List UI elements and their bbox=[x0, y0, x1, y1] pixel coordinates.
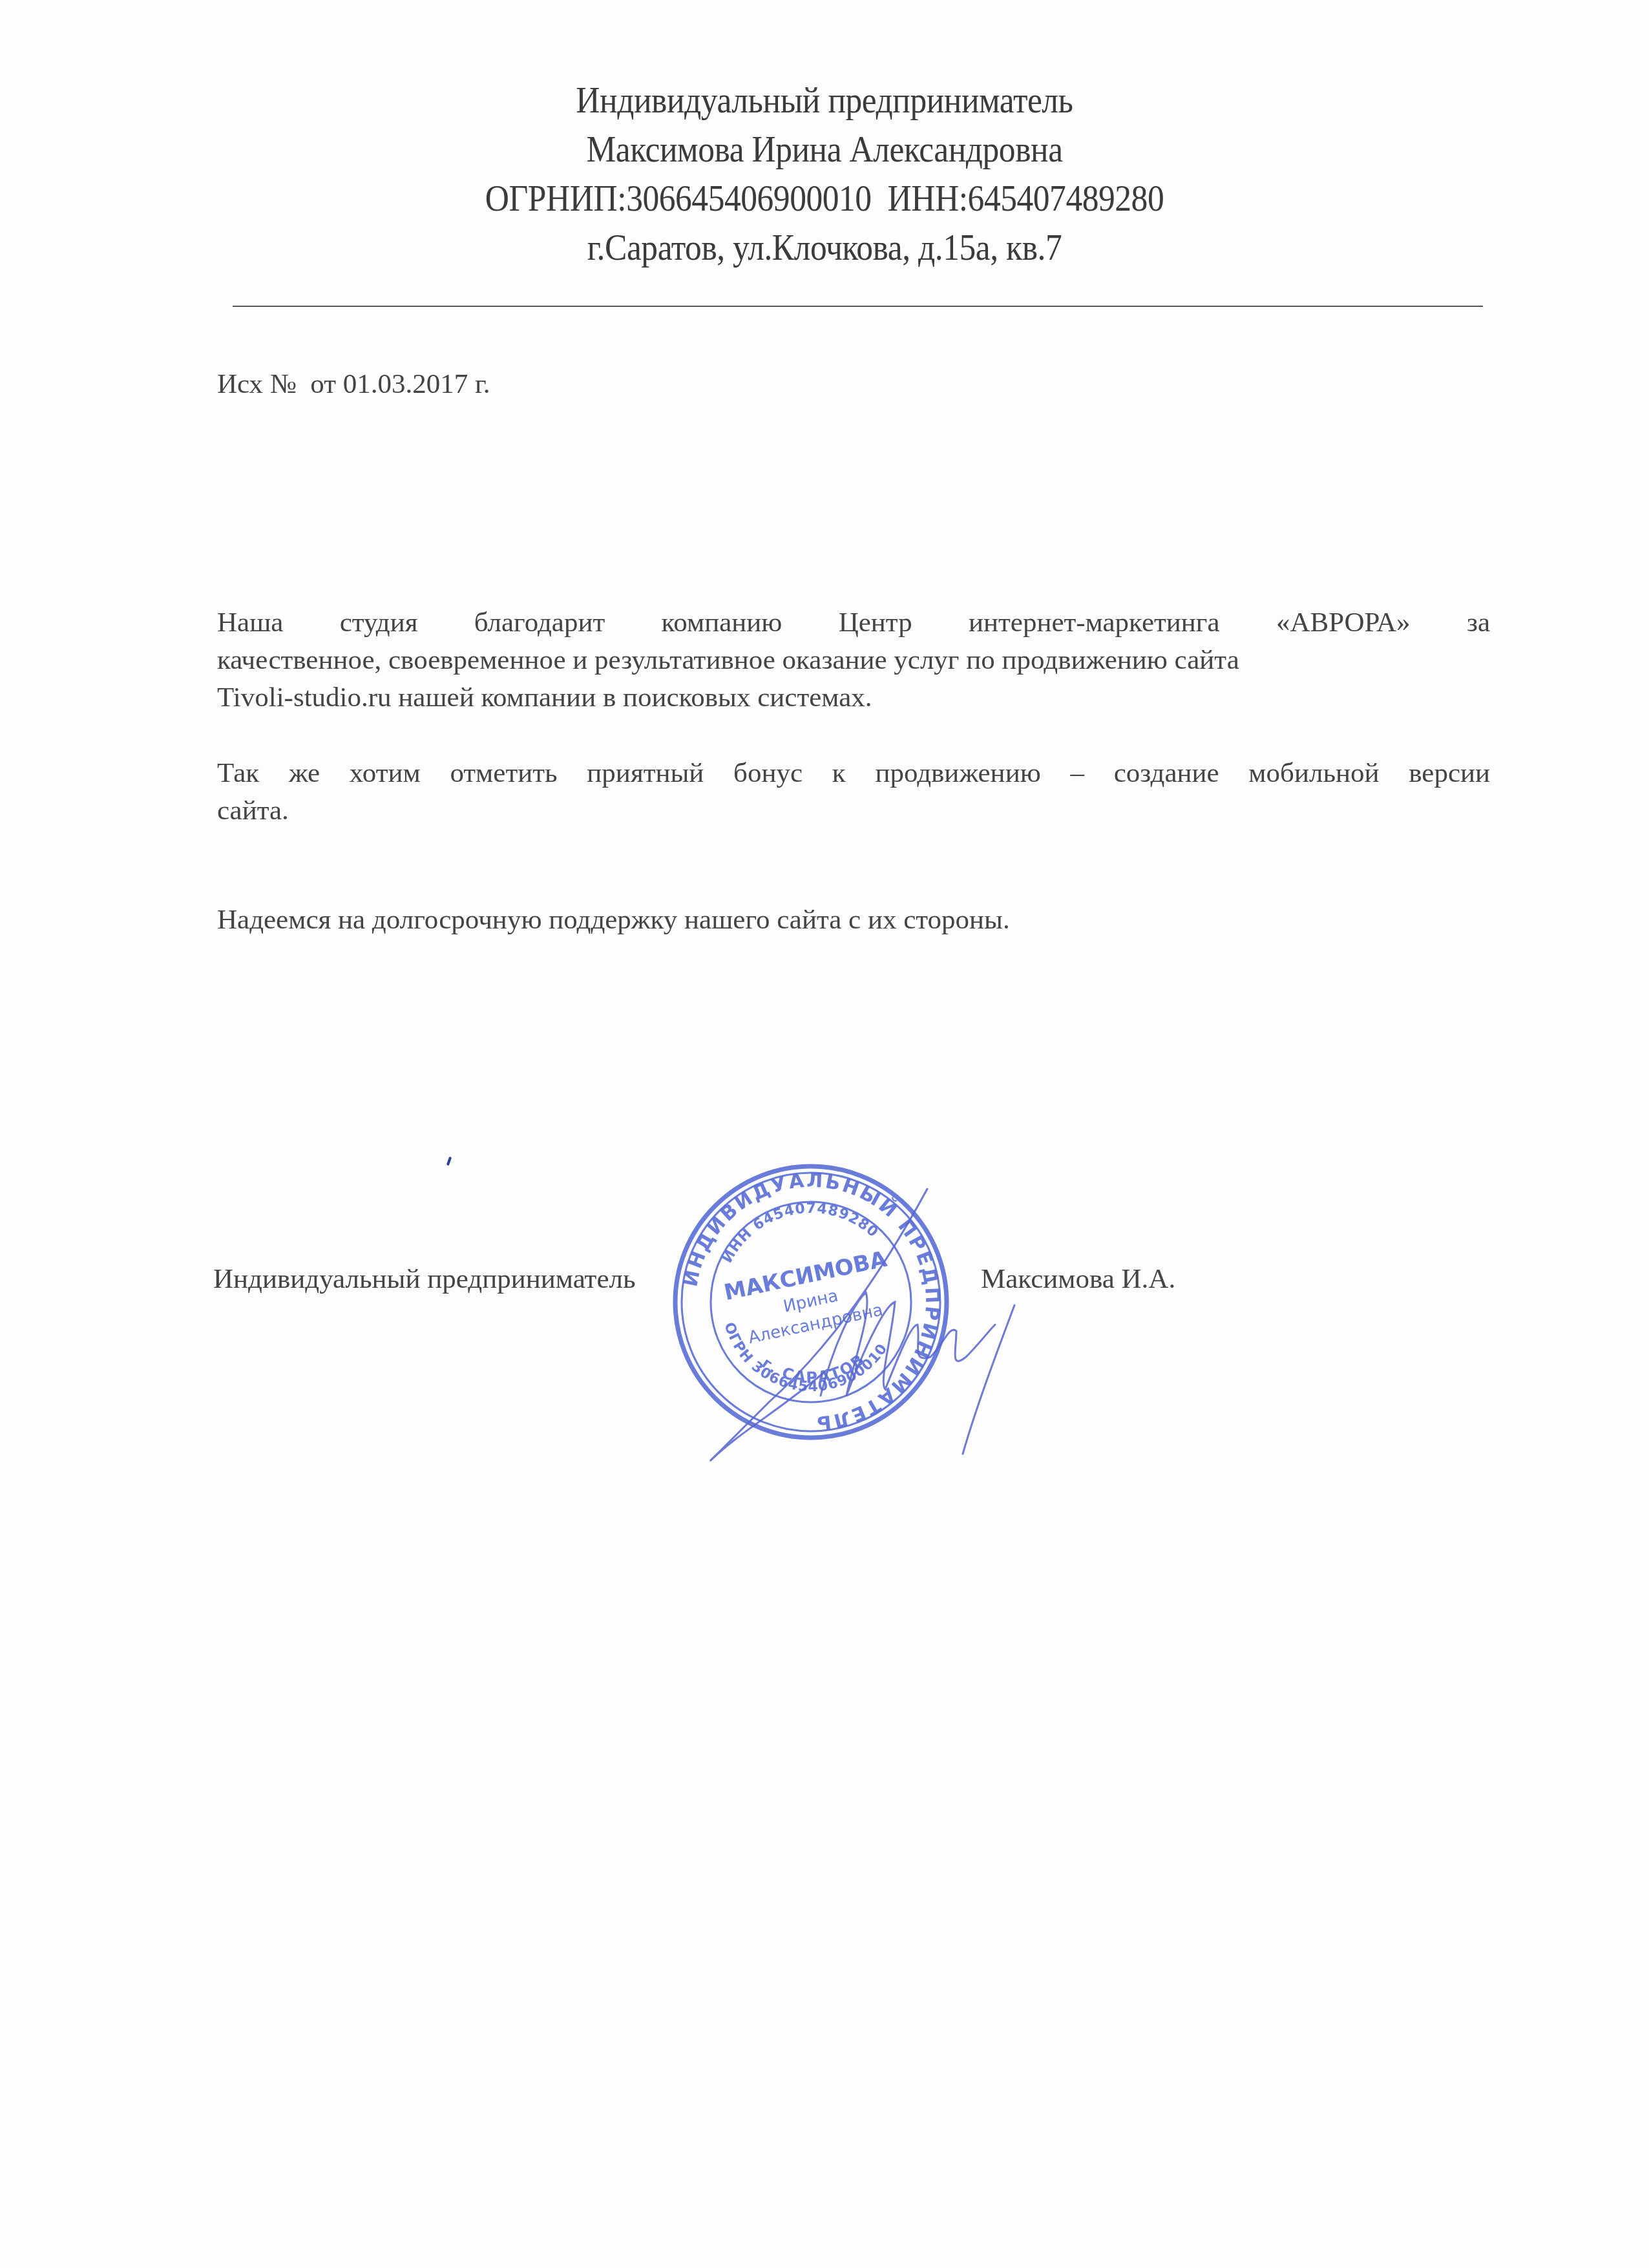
letterhead-registration-numbers: ОГРНИП:306645406900010 ИНН:645407489280 bbox=[66, 174, 1583, 224]
paragraph-line: Наша студия благодарит компанию Центр ин… bbox=[217, 604, 1490, 642]
outgoing-reference: Исх № от 01.03.2017 г. bbox=[217, 368, 490, 400]
paragraph-bonus: Так же хотим отметить приятный бонус к п… bbox=[217, 755, 1490, 830]
paragraph-line: Так же хотим отметить приятный бонус к п… bbox=[217, 755, 1490, 792]
paragraph-line: сайта. bbox=[217, 792, 1490, 830]
handwritten-signature-icon bbox=[672, 1150, 1034, 1486]
ink-speck bbox=[446, 1157, 452, 1166]
letterhead: Индивидуальный предприниматель Максимова… bbox=[0, 76, 1649, 273]
signatory-title: Индивидуальный предприниматель bbox=[213, 1263, 636, 1295]
paragraph-gratitude: Наша студия благодарит компанию Центр ин… bbox=[217, 604, 1490, 717]
paragraph-closing: Надеемся на долгосрочную поддержку нашег… bbox=[217, 901, 1490, 939]
letterhead-address: г.Саратов, ул.Клочкова, д.15а, кв.7 bbox=[66, 224, 1583, 273]
letterhead-divider bbox=[233, 306, 1483, 307]
paragraph-line: Tivoli-studio.ru нашей компании в поиско… bbox=[217, 679, 1490, 717]
letterhead-title: Индивидуальный предприниматель bbox=[66, 76, 1583, 125]
paragraph-line: качественное, своевременное и результати… bbox=[217, 642, 1490, 679]
paragraph-line: Надеемся на долгосрочную поддержку нашег… bbox=[217, 901, 1490, 939]
letterhead-owner-name: Максимова Ирина Александровна bbox=[66, 125, 1583, 174]
